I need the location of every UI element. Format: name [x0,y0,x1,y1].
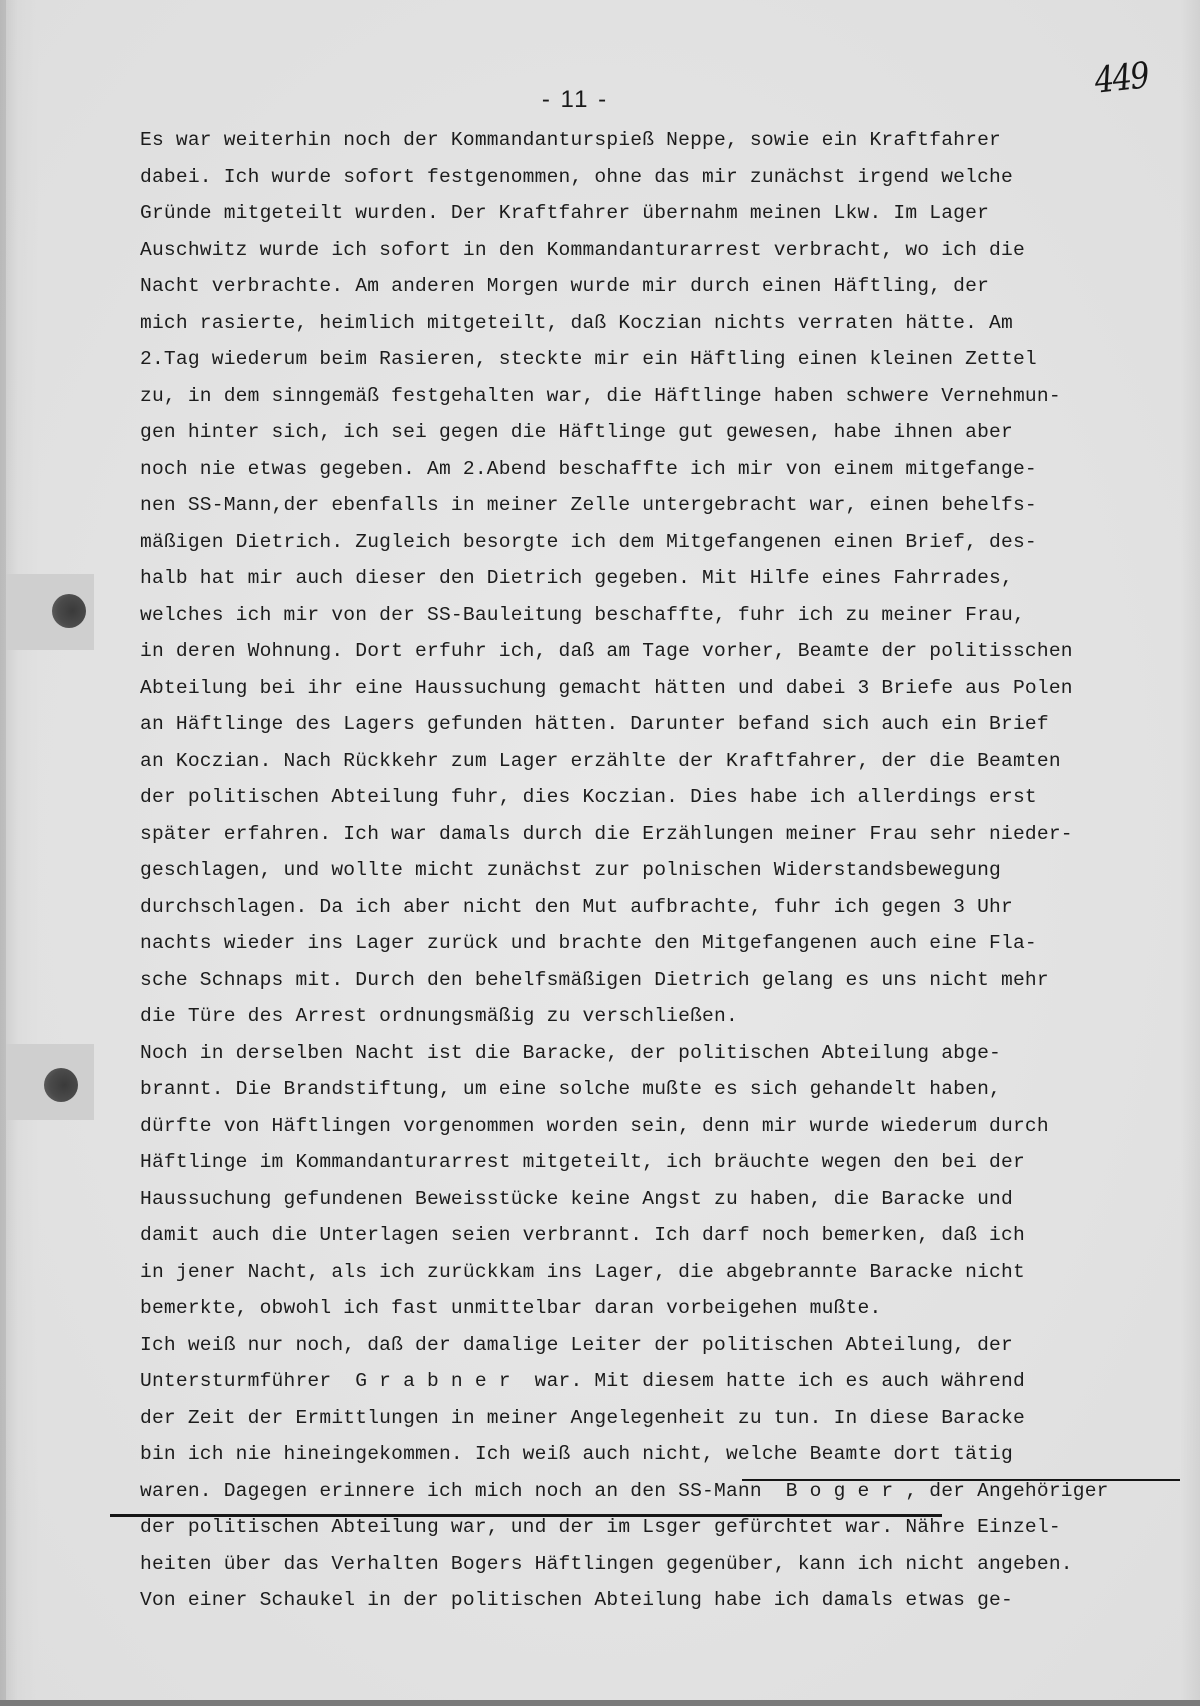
text-line: zu, in dem sinngemäß festgehalten war, d… [140,378,1150,415]
text-line: Untersturmführer G r a b n e r war. Mit … [140,1363,1150,1400]
text-line: halb hat mir auch dieser den Dietrich ge… [140,560,1150,597]
scan-bottom-edge [0,1700,1200,1706]
text-line: dürfte von Häftlingen vorgenommen worden… [140,1108,1150,1145]
text-line: Ich weiß nur noch, daß der damalige Leit… [140,1327,1150,1364]
text-line: in deren Wohnung. Dort erfuhr ich, daß a… [140,633,1150,670]
text-line: Haussuchung gefundenen Beweisstücke kein… [140,1181,1150,1218]
text-line: nachts wieder ins Lager zurück und brach… [140,925,1150,962]
text-line: in jener Nacht, als ich zurückkam ins La… [140,1254,1150,1291]
text-line: an Häftlinge des Lagers gefunden hätten.… [140,706,1150,743]
handwritten-folio-number: 449 [1093,55,1150,101]
text-line: Häftlinge im Kommandanturarrest mitgetei… [140,1144,1150,1181]
text-line: damit auch die Unterlagen seien verbrann… [140,1217,1150,1254]
text-line: nen SS-Mann,der ebenfalls in meiner Zell… [140,487,1150,524]
binding-edge [0,0,6,1700]
text-line: bin ich nie hineingekommen. Ich weiß auc… [140,1436,1150,1473]
punch-hole-icon [44,1068,78,1102]
text-line: sche Schnaps mit. Durch den behelfsmäßig… [140,962,1150,999]
text-line: noch nie etwas gegeben. Am 2.Abend besch… [140,451,1150,488]
page-number: - 11 - [0,86,1150,114]
text-line: welches ich mir von der SS-Bauleitung be… [140,597,1150,634]
text-line: waren. Dagegen erinnere ich mich noch an… [140,1473,1150,1510]
text-line: Noch in derselben Nacht ist die Baracke,… [140,1035,1150,1072]
text-line: mäßigen Dietrich. Zugleich besorgte ich … [140,524,1150,561]
text-line: brannt. Die Brandstiftung, um eine solch… [140,1071,1150,1108]
text-line: dabei. Ich wurde sofort festgenommen, oh… [140,159,1150,196]
text-line: später erfahren. Ich war damals durch di… [140,816,1150,853]
punch-hole-icon [52,594,86,628]
text-line: bemerkte, obwohl ich fast unmittelbar da… [140,1290,1150,1327]
text-line: Gründe mitgeteilt wurden. Der Kraftfahre… [140,195,1150,232]
text-line: Von einer Schaukel in der politischen Ab… [140,1582,1150,1619]
text-line: Auschwitz wurde ich sofort in den Komman… [140,232,1150,269]
text-line: die Türe des Arrest ordnungsmäßig zu ver… [140,998,1150,1035]
text-line: 2.Tag wiederum beim Rasieren, steckte mi… [140,341,1150,378]
handwritten-underline [742,1479,1180,1481]
text-line: der Zeit der Ermittlungen in meiner Ange… [140,1400,1150,1437]
text-line: Es war weiterhin noch der Kommandantursp… [140,122,1150,159]
text-line: geschlagen, und wollte micht zunächst zu… [140,852,1150,889]
text-line: gen hinter sich, ich sei gegen die Häftl… [140,414,1150,451]
typewritten-body: Es war weiterhin noch der Kommandantursp… [140,122,1150,1619]
handwritten-underline [110,1514,942,1517]
text-line: durchschlagen. Da ich aber nicht den Mut… [140,889,1150,926]
text-line: an Koczian. Nach Rückkehr zum Lager erzä… [140,743,1150,780]
text-line: heiten über das Verhalten Bogers Häftlin… [140,1546,1150,1583]
text-line: Nacht verbrachte. Am anderen Morgen wurd… [140,268,1150,305]
text-line: der politischen Abteilung fuhr, dies Koc… [140,779,1150,816]
text-line: mich rasierte, heimlich mitgeteilt, daß … [140,305,1150,342]
document-page: - 11 - 449 Es war weiterhin noch der Kom… [0,0,1200,1700]
text-line: Abteilung bei ihr eine Haussuchung gemac… [140,670,1150,707]
